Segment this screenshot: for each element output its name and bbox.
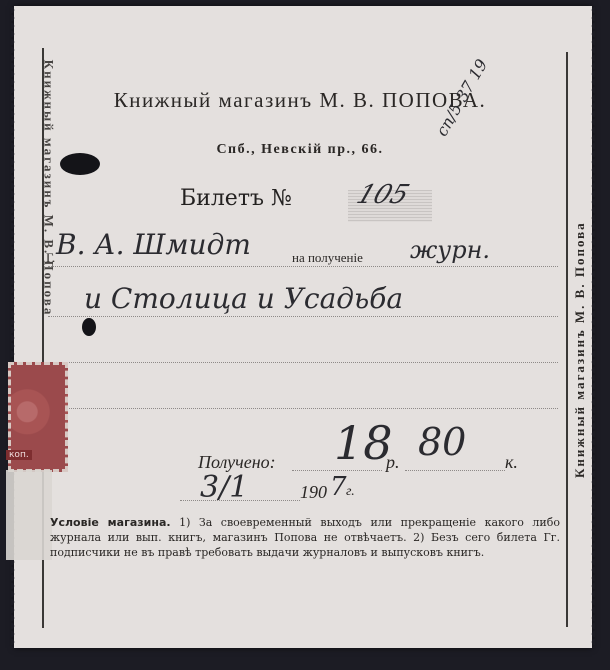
shop-title: Книжный магазинъ М. В. ПОПОВА. [45,88,555,113]
handwritten-item-line2: и Столица и Усадьба [84,282,403,315]
year-prefix: 190 [300,482,327,503]
year-suffix: г. [346,484,355,500]
kopecks-label: к. [505,452,518,473]
stamp-remnant [6,470,52,560]
handwritten-recipient: В. А. Шмидт [56,228,251,261]
handwritten-kopecks: 80 [418,420,466,464]
recipient-prefix: Г. [46,250,55,266]
fill-line [48,266,558,267]
shop-conditions: Условіе магазина. 1) За своевременный вы… [50,515,560,560]
stamp-value: коп. [6,450,32,460]
paper-hole [60,153,100,175]
fill-line [48,408,558,409]
side-text-right: Книжный магазинъ М. В. Попова [572,198,588,478]
handwritten-rubles: 18 [334,416,393,470]
handwritten-year: 7 [330,472,347,502]
fill-line [292,470,382,471]
fill-line [48,362,558,363]
rubles-label: р. [386,452,400,473]
for-receipt-label: на полученіе [292,250,363,266]
fill-line [180,500,300,501]
conditions-title: Условіе магазина. [50,516,171,529]
fill-line [48,316,558,317]
fill-line [405,470,505,471]
paper-hole [82,318,96,336]
handwritten-item-line1: журн. [410,236,490,264]
shop-address: Спб., Невскій пр., 66. [45,142,555,158]
ticket-label: Билетъ № [180,186,292,211]
right-border-line [566,52,568,627]
